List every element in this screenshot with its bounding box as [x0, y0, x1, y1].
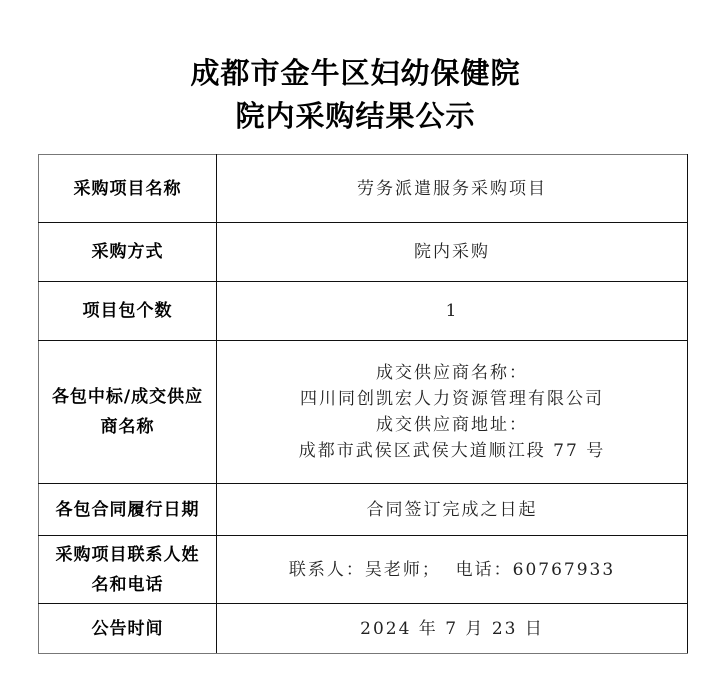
- table-row-contract-period: 各包合同履行日期 合同签订完成之日起: [39, 484, 688, 536]
- table-row-procurement-method: 采购方式 院内采购: [39, 223, 688, 282]
- title-line-2: 院内采购结果公示: [0, 98, 714, 134]
- table-row-supplier: 各包中标/成交供应 商名称 成交供应商名称： 四川同创凯宏人力资源管理有限公司 …: [39, 341, 688, 484]
- contact-label: 采购项目联系人姓 名和电话: [39, 540, 216, 600]
- contract-period-value: 合同签订完成之日起: [367, 500, 538, 520]
- label-cell: 采购项目联系人姓 名和电话: [39, 536, 217, 604]
- supplier-address-label: 成交供应商地址：: [217, 412, 687, 438]
- label-cell: 各包中标/成交供应 商名称: [39, 341, 217, 484]
- procurement-result-table: 采购项目名称 劳务派遣服务采购项目 采购方式 院内采购 项目包个数 1 各包中标…: [38, 154, 688, 654]
- supplier-name-label: 成交供应商名称：: [217, 360, 687, 386]
- project-name-value: 劳务派遣服务采购项目: [357, 179, 547, 199]
- table-row-contact: 采购项目联系人姓 名和电话 联系人：吴老师； 电话：60767933: [39, 536, 688, 604]
- supplier-label-line2: 商名称: [39, 412, 216, 442]
- contact-label-line2: 名和电话: [39, 570, 216, 600]
- contract-period-label: 各包合同履行日期: [56, 500, 200, 520]
- procurement-method-value: 院内采购: [414, 242, 490, 262]
- supplier-label-line1: 各包中标/成交供应: [39, 382, 216, 412]
- project-name-label: 采购项目名称: [74, 179, 182, 199]
- supplier-address-value: 成都市武侯区武侯大道顺江段 77 号: [217, 438, 687, 464]
- contact-label-line1: 采购项目联系人姓: [39, 540, 216, 570]
- title-line-1: 成都市金牛区妇幼保健院: [0, 55, 714, 91]
- label-cell: 各包合同履行日期: [39, 484, 217, 536]
- value-cell: 成交供应商名称： 四川同创凯宏人力资源管理有限公司 成交供应商地址： 成都市武侯…: [217, 341, 688, 484]
- label-cell: 公告时间: [39, 604, 217, 654]
- package-count-label: 项目包个数: [83, 301, 173, 321]
- announcement-date-label: 公告时间: [92, 619, 164, 639]
- supplier-label: 各包中标/成交供应 商名称: [39, 382, 216, 442]
- value-cell: 院内采购: [217, 223, 688, 282]
- procurement-method-label: 采购方式: [92, 242, 164, 262]
- label-cell: 采购项目名称: [39, 155, 217, 223]
- label-cell: 项目包个数: [39, 282, 217, 341]
- package-count-value: 1: [446, 301, 459, 321]
- value-cell: 合同签订完成之日起: [217, 484, 688, 536]
- value-cell: 联系人：吴老师； 电话：60767933: [217, 536, 688, 604]
- table-row-package-count: 项目包个数 1: [39, 282, 688, 341]
- supplier-info: 成交供应商名称： 四川同创凯宏人力资源管理有限公司 成交供应商地址： 成都市武侯…: [217, 360, 687, 464]
- table-row-announcement-date: 公告时间 2024 年 7 月 23 日: [39, 604, 688, 654]
- announcement-date-value: 2024 年 7 月 23 日: [360, 619, 544, 639]
- contact-value: 联系人：吴老师； 电话：60767933: [289, 560, 615, 580]
- value-cell: 劳务派遣服务采购项目: [217, 155, 688, 223]
- label-cell: 采购方式: [39, 223, 217, 282]
- supplier-name-value: 四川同创凯宏人力资源管理有限公司: [217, 386, 687, 412]
- value-cell: 2024 年 7 月 23 日: [217, 604, 688, 654]
- table-row-project-name: 采购项目名称 劳务派遣服务采购项目: [39, 155, 688, 223]
- value-cell: 1: [217, 282, 688, 341]
